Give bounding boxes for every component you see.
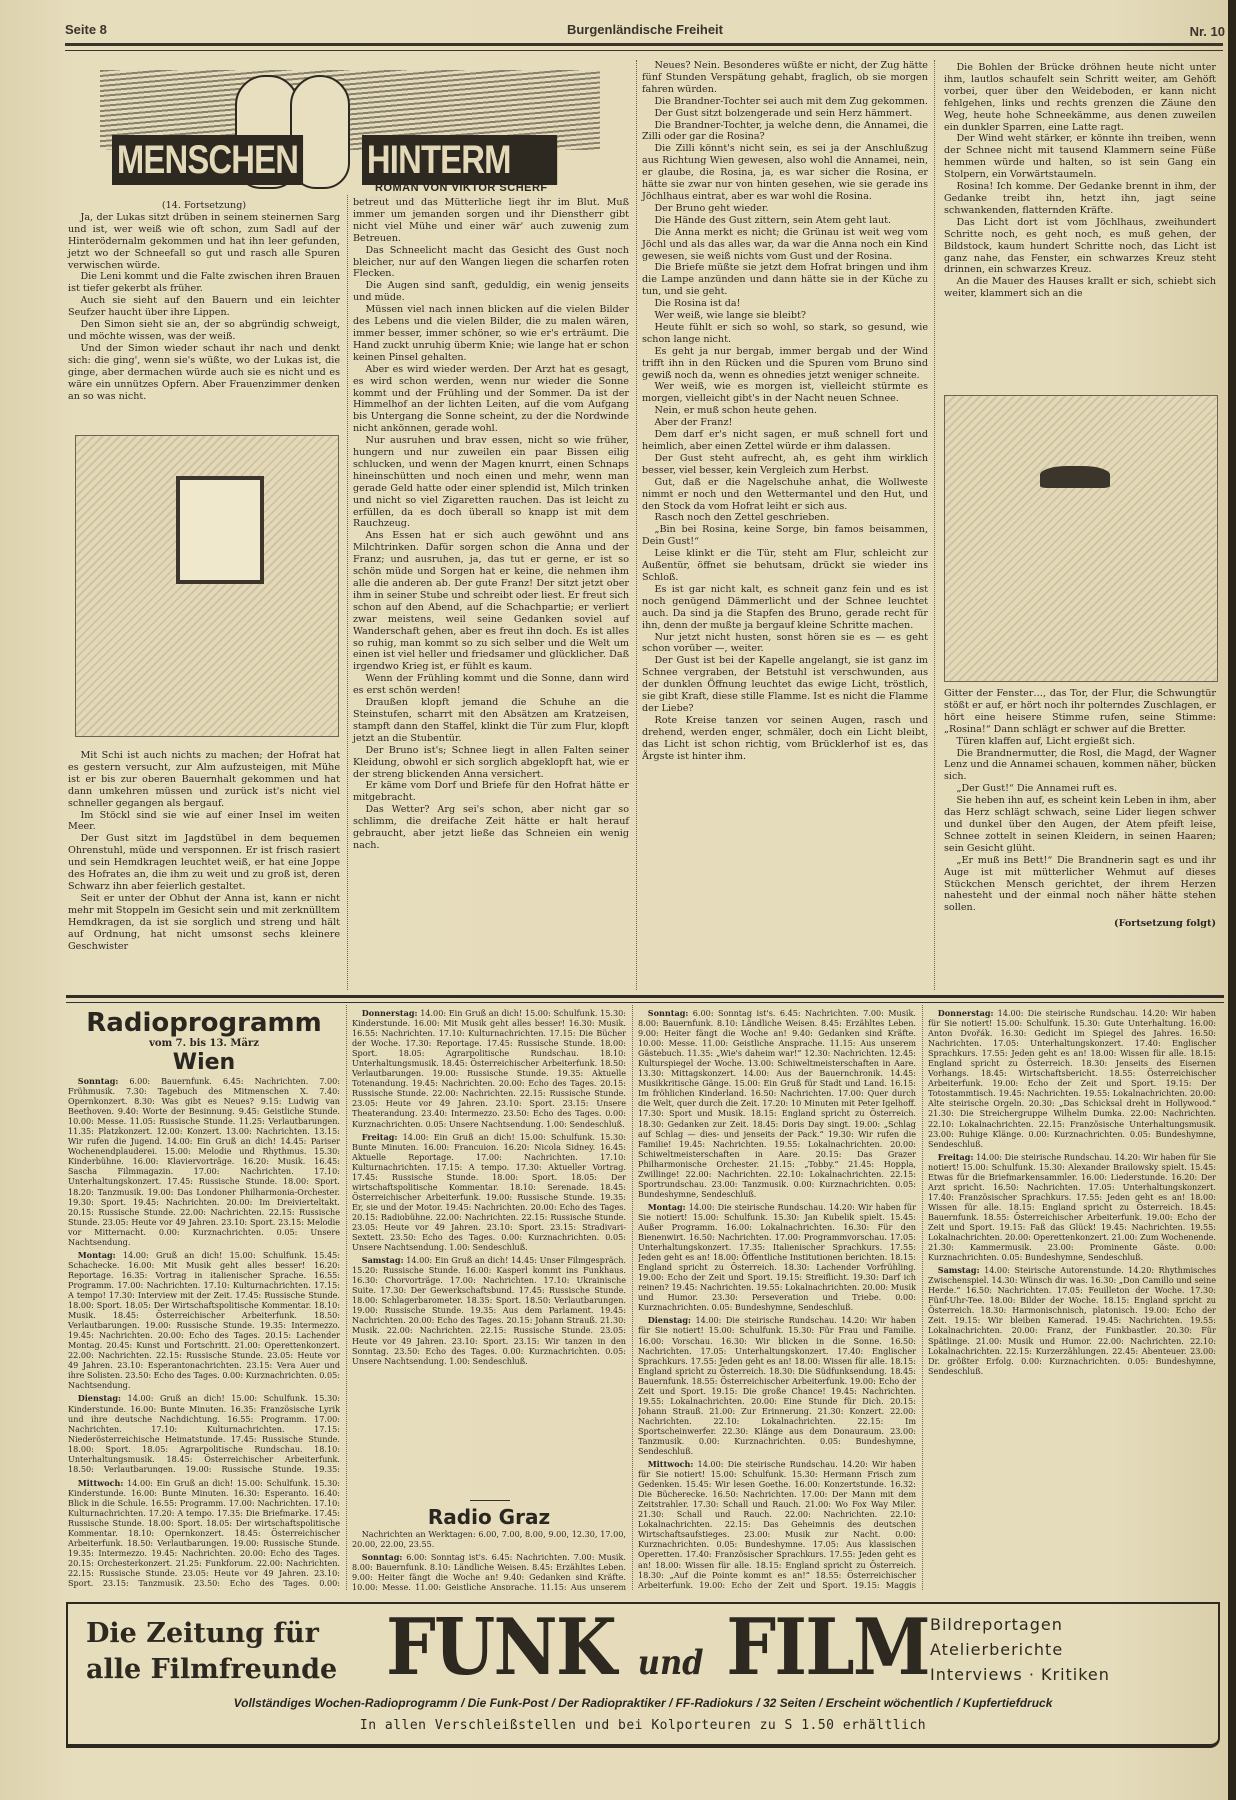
funk-und-film-advert: Die Zeitung für alle Filmfreunde FUNK un… [66,1602,1220,1748]
paragraph: Der Gust steht aufrecht, ah, es geht ihm… [642,453,928,477]
newspaper-page: Seite 8 Burgenländische Freiheit Nr. 10 … [0,0,1236,1800]
radio-day-montag: Montag: 14.00: Gruß an dich! 15.00: Schu… [68,1250,340,1391]
paragraph: Draußen klopft jemand die Schuhe an die … [353,697,629,745]
advert-tagline: Die Zeitung für alle Filmfreunde [86,1616,337,1688]
paragraph: Die Zilli könnt's nicht sein, es sei ja … [642,143,928,203]
paragraph: Mit Schi ist auch nichts zu machen; der … [68,750,340,810]
paragraph: Rote Kreise tanzen vor seinen Augen, ras… [642,715,928,763]
to-be-continued: (Fortsetzung folgt) [944,918,1216,930]
story-column-3: Neues? Nein. Besonderes wüßte er nicht, … [642,60,928,762]
serial-banner: MENSCHEN HINTERM BERG ROMAN VON VIKTOR S… [100,70,600,195]
radio-graz-column-4: Donnerstag: 14.00: Die steirische Rundsc… [928,1008,1216,1590]
paragraph: Neues? Nein. Besonderes wüßte er nicht, … [642,60,928,96]
column-divider [346,1005,347,1590]
story-column-2: betreut und das Mütterliche liegt ihr im… [353,197,629,852]
advert-logo: FUNK und FILM [386,1606,929,1705]
radio-day-freitag: Freitag: 14.00: Ein Gruß an dich! 15.00:… [352,1132,626,1253]
serial-byline: ROMAN VON VIKTOR SCHERF [375,182,548,194]
window-scene-illustration [75,435,339,737]
paragraph: Er käme vom Dorf und Briefe für den Hofr… [353,780,629,804]
paragraph: Die Brandner-Tochter, ja welche denn, di… [642,120,928,144]
paragraph: Nur ausruhen und brav essen, nicht so wi… [353,435,629,530]
hat-icon [1040,466,1110,488]
column-divider [636,60,637,990]
paragraph: Nein, er muß schon heute gehen. [642,405,928,417]
paragraph: Die Briefe müßte sie jetzt dem Hofrat br… [642,262,928,298]
paragraph: Der Gust sitzt im Jagdstübel in dem bequ… [68,833,340,893]
paragraph: Die Hände des Gust zittern, sein Atem ge… [642,215,928,227]
paragraph: Es ist gar nicht kalt, es schneit ganz f… [642,584,928,632]
paragraph: Die Rosina ist da! [642,298,928,310]
paragraph: Wer weiß, wie es morgen ist, vielleicht … [642,381,928,405]
paragraph: Das Licht dort ist vom Jöchlhaus, zweihu… [944,217,1216,277]
header-rule [65,43,1223,51]
paragraph: Das Schneelicht macht das Gesicht des Gu… [353,245,629,281]
radio-wien-column-2: Donnerstag: 14.00: Ein Gruß an dich! 15.… [352,1008,626,1483]
binding-edge [1228,0,1236,1800]
paragraph: Die Leni kommt und die Falte zwischen ih… [68,271,340,295]
radio-graz-freitag: Freitag: 14.00: Die steirische Rundschau… [928,1152,1216,1263]
advert-features: Bildreportagen Atelierberichte Interview… [930,1612,1110,1687]
radio-graz-mittwoch: Mittwoch: 14.00: Die steirische Rundscha… [638,1459,916,1590]
radio-graz-sonntag: Sonntag: 6.00: Sonntag ist's. 6.45: Nach… [638,1008,916,1199]
radio-graz-column-3: Sonntag: 6.00: Sonntag ist's. 6.45: Nach… [638,1008,916,1590]
paragraph: An die Mauer des Hauses krallt er sich, … [944,276,1216,300]
paragraph: Nur jetzt nicht husten, sonst hören sie … [642,632,928,656]
paragraph: Dem darf er's nicht sagen, er muß schnel… [642,429,928,453]
radio-day-dienstag: Dienstag: 14.00: Gruß an dich! 15.00: Sc… [68,1393,340,1473]
paragraph: Und der Simon wieder schaut ihr nach und… [68,343,340,403]
paragraph: Türen klaffen auf, Licht ergießt sich. [944,736,1216,748]
radio-graz-montag: Montag: 14.00: Die steirische Rundschau.… [638,1202,916,1313]
paragraph: Müssen viel nach innen blicken auf die v… [353,304,629,364]
story-column-1-top: (14. Fortsetzung) Ja, der Lukas sitzt dr… [68,200,340,402]
paragraph: „Er muß ins Bett!“ Die Brandnerin sagt e… [944,855,1216,915]
column-divider [934,60,935,990]
paragraph: Rasch noch den Zettel geschrieben. [642,512,928,524]
paragraph: Der Bruno geht wieder. [642,203,928,215]
paragraph: Die Brandner-Tochter sei auch mit dem Zu… [642,96,928,108]
section-rule [66,995,1224,1003]
paragraph: Das Wetter? Arg sei's schon, aber nicht … [353,804,629,852]
advert-price-line: In allen Verschleißstellen und bei Kolpo… [68,1718,1218,1733]
page-header: Seite 8 Burgenländische Freiheit Nr. 10 [65,10,1225,40]
paragraph: Im Stöckl sind sie wie auf einer Insel i… [68,810,340,834]
column-divider [347,195,348,990]
radio-day-sonntag: Sonntag: 6.00: Bauernfunk. 6.45: Nachric… [68,1076,340,1247]
paragraph: Gitter der Fenster…, das Tor, der Flur, … [944,688,1216,736]
paragraph: Rosina! Ich komme. Der Gedanke brennt in… [944,181,1216,217]
paragraph: Heute fühlt er sich so wohl, so stark, s… [642,322,928,346]
story-column-1-bottom: Mit Schi ist auch nichts zu machen; der … [68,750,340,952]
radio-wien-column-1-end: Mittwoch: 14.00: Ein Gruß an dich! 15.00… [68,1478,340,1588]
paragraph: Es geht ja nur bergab, immer bergab und … [642,346,928,382]
radio-graz-sonntag-start: Sonntag: 6.00: Sonntag ist's. 6.45: Nach… [352,1552,626,1590]
paragraph: Wenn der Frühling kommt und die Sonne, d… [353,673,629,697]
story-column-4-top: Die Bohlen der Brücke dröhnen heute nich… [944,62,1216,300]
paragraph: Ja, der Lukas sitzt drüben in seinem ste… [68,212,340,272]
paragraph: Die Brandnermutter, die Rosl, die Magd, … [944,748,1216,784]
paragraph: Leise klinkt er die Tür, steht am Flur, … [642,548,928,584]
paragraph: „Der Gust!“ Die Annamei ruft es. [944,783,1216,795]
paragraph: Gut, daß er die Nagelschuhe anhat, die W… [642,477,928,513]
paragraph: Aber der Franz! [642,417,928,429]
radio-graz-dienstag: Dienstag: 14.00: Die steirische Rundscha… [638,1315,916,1456]
paragraph: Der Gust ist bei der Kapelle angelangt, … [642,655,928,715]
radio-day-donnerstag: Donnerstag: 14.00: Ein Gruß an dich! 15.… [352,1008,626,1129]
window-icon [176,476,264,584]
paragraph: Die Anna merkt es nicht; die Grünau ist … [642,227,928,263]
paragraph: Aber es wird wieder werden. Der Arzt hat… [353,364,629,435]
story-column-4-bottom: Gitter der Fenster…, das Tor, der Flur, … [944,688,1216,930]
paragraph: Auch sie sieht auf den Bauern und ein le… [68,295,340,319]
radio-program-title: Radioprogramm [68,1008,340,1038]
column-divider [922,1005,923,1590]
installment-label: (14. Fortsetzung) [68,200,340,212]
paragraph: Ans Essen hat er sich auch gewöhnt und a… [353,530,629,673]
advert-contents-strip: Vollständiges Wochen-Radioprogramm / Die… [78,1696,1208,1710]
column-divider [632,1005,633,1590]
paragraph: Die Augen sind sanft, geduldig, ein weni… [353,280,629,304]
paragraph: Seit er unter der Obhut der Anna ist, ka… [68,893,340,953]
serial-title-right: HINTERM BERG [362,135,557,185]
radio-day-mittwoch: Mittwoch: 14.00: Ein Gruß an dich! 15.00… [68,1478,340,1588]
issue-number: Nr. 10 [1190,24,1225,39]
paragraph: Der Gust sitzt bolzengerade und sein Her… [642,108,928,120]
graz-news-times: Nachrichten an Werktagen: 6.00, 7.00, 8.… [352,1529,626,1549]
divider [470,1500,510,1501]
paragraph: betreut und das Mütterliche liegt ihr im… [353,197,629,245]
serial-title-left: MENSCHEN [112,135,303,185]
paragraph: Der Bruno ist's; Schnee liegt in allen F… [353,745,629,781]
radio-wien-column-1: Radioprogramm vom 7. bis 13. März Wien S… [68,1008,340,1473]
wien-heading: Wien [68,1050,340,1076]
graz-heading: Radio Graz [352,1505,626,1529]
radio-day-samstag: Samstag: 14.00: Ein Gruß an dich! 14.45:… [352,1255,626,1366]
radio-dates: vom 7. bis 13. März [68,1038,340,1050]
man-in-storm-illustration [944,395,1218,682]
paragraph: „Bin bei Rosina, keine Sorge, bin famos … [642,524,928,548]
paragraph: Die Bohlen der Brücke dröhnen heute nich… [944,62,1216,133]
paragraph: Sie heben ihn auf, es scheint kein Leben… [944,795,1216,855]
radio-graz-donnerstag: Donnerstag: 14.00: Die steirische Rundsc… [928,1008,1216,1149]
radio-graz-intro: Radio Graz Nachrichten an Werktagen: 6.0… [352,1505,626,1590]
radio-graz-samstag: Samstag: 14.00: Steirische Autorenstunde… [928,1265,1216,1376]
paragraph: Der Wind weht stärker, er könnte ihn tre… [944,133,1216,181]
newspaper-title: Burgenländische Freiheit [65,22,1225,37]
paragraph: Wer weiß, wie lange sie bleibt? [642,310,928,322]
paragraph: Den Simon sieht sie an, der so abgründig… [68,319,340,343]
